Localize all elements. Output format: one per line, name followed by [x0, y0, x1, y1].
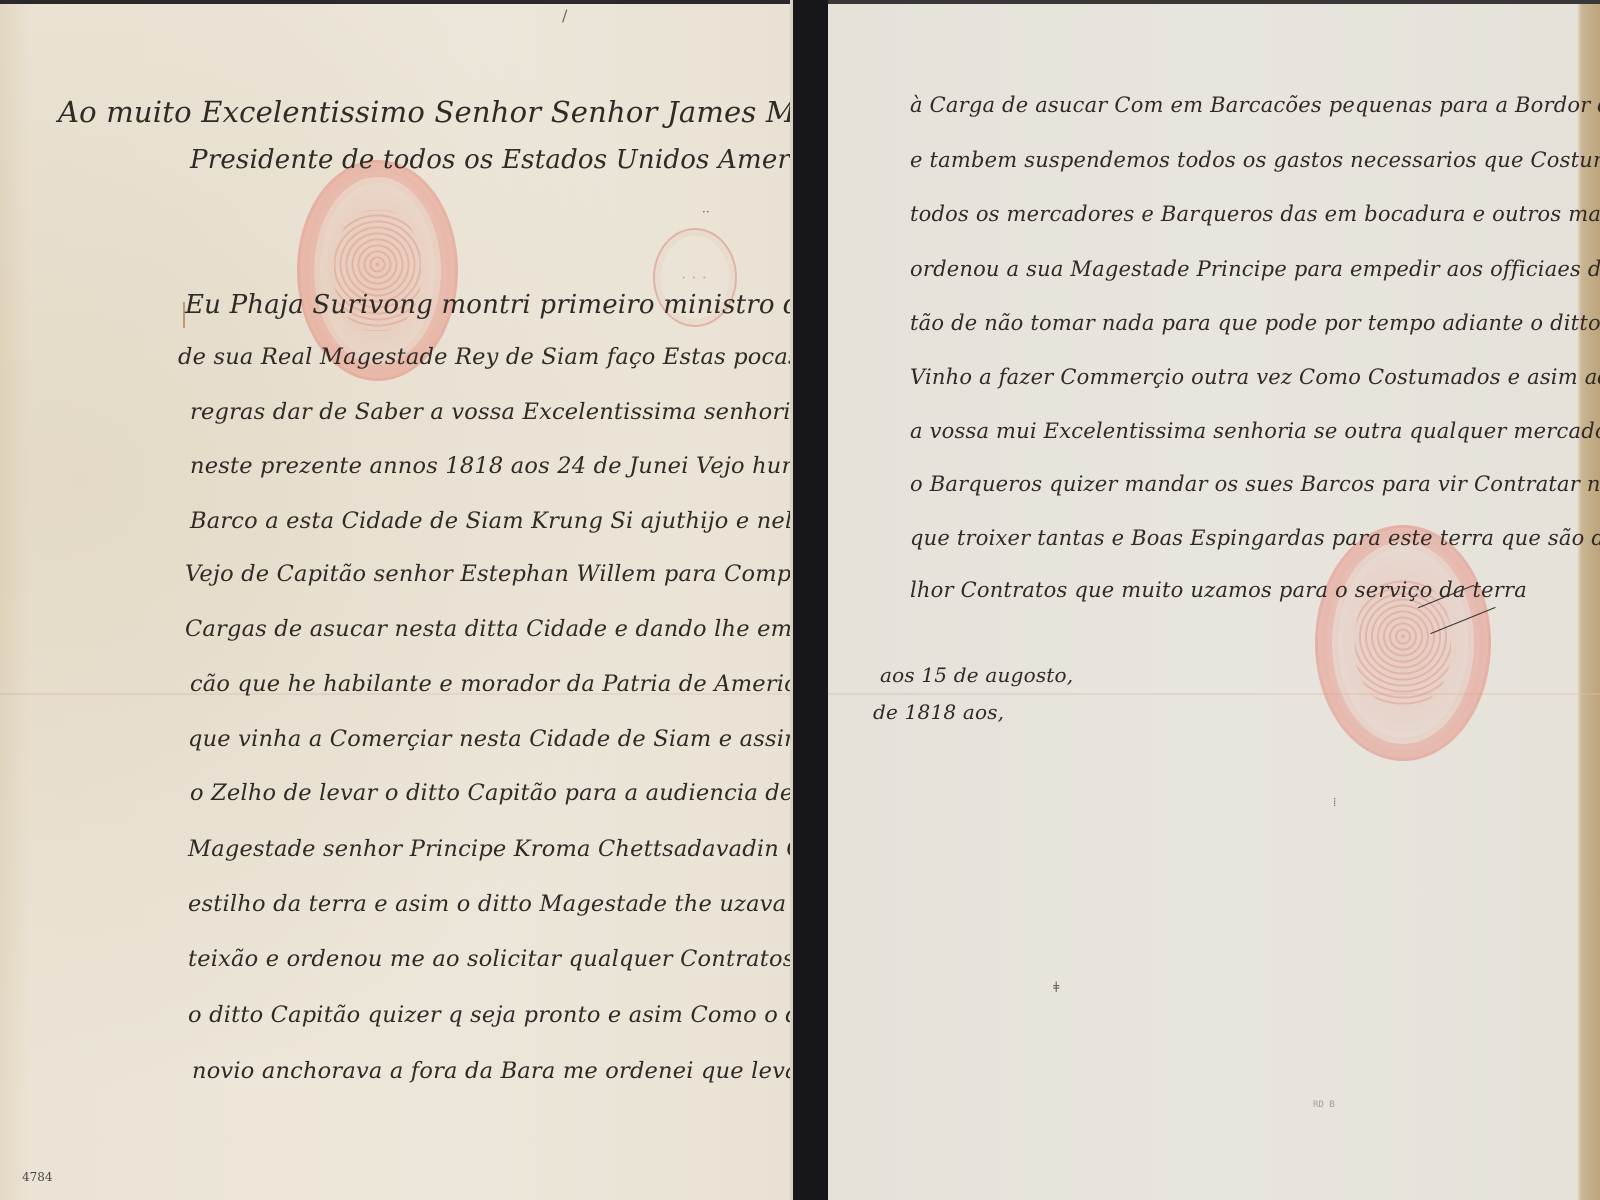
letter-line: Eu Phaja Surivong montri primeiro minist…	[185, 290, 793, 320]
page-top-edge	[828, 0, 1600, 4]
address-line-2: Presidente de todos os Estados Unidos Am…	[190, 145, 793, 175]
left-page: • • • / ·· Ao muito Excelentissimo Senho…	[0, 0, 793, 1200]
letter-line: Vejo de Capitão senhor Estephan Willem p…	[185, 561, 793, 587]
letter-line: o ditto Capitão quizer q seja pronto e a…	[188, 1002, 793, 1028]
letter-line: Barco a esta Cidade de Siam Krung Si aju…	[190, 508, 793, 534]
address-line-1: Ao muito Excelentissimo Senhor Senhor Ja…	[58, 95, 793, 129]
letter-line: Cargas de asucar nesta ditta Cidade e da…	[185, 616, 793, 642]
folio-number: 4784	[22, 1170, 53, 1184]
letter-line: que troixer tantas e Boas Espingardas pa…	[910, 526, 1600, 550]
fold-crease	[828, 693, 1600, 695]
letter-line: a vossa mui Excelentissima senhoria se o…	[910, 419, 1600, 443]
letter-line: Magestade senhor Principe Kroma Chettsad…	[188, 836, 793, 862]
letter-line: estilho da terra e asim o ditto Magestad…	[188, 891, 793, 917]
letter-line: e tambem suspendemos todos os gastos nec…	[910, 148, 1600, 172]
letter-line: o Zelho de levar o ditto Capitão para a …	[190, 780, 793, 806]
letter-line: cão que he habilante e morador da Patria…	[190, 671, 793, 697]
ink-dots: ··	[702, 205, 710, 219]
letter-line: que vinha a Comerçiar nesta Cidade de Si…	[188, 726, 793, 752]
page-top-edge	[0, 0, 790, 4]
bottom-stamp: RD B	[1313, 1100, 1335, 1110]
letter-line: lhor Contratos que muito uzamos para o s…	[910, 578, 1527, 602]
letter-line: tão de não tomar nada para que pode por …	[910, 311, 1600, 335]
ink-mark: ǂ	[1053, 980, 1059, 996]
letter-line: ordenou a sua Magestade Principe para em…	[910, 257, 1600, 281]
ink-mark-top: /	[562, 6, 567, 25]
letter-line: novio anchorava a fora da Bara me ordene…	[192, 1058, 793, 1084]
royal-seal-right	[1315, 525, 1491, 761]
letter-line: regras dar de Saber a vossa Excelentissi…	[190, 399, 793, 425]
letter-line: Vinho a fazer Commerçio outra vez Como C…	[910, 365, 1600, 389]
right-page: à Carga de asucar Com em Barcacões peque…	[828, 0, 1600, 1200]
letter-line: teixão e ordenou me ao solicitar qualque…	[188, 946, 793, 972]
date-line-2: de 1818 aos,	[873, 700, 1004, 724]
date-line-1: aos 15 de augosto,	[880, 663, 1073, 687]
letter-line: à Carga de asucar Com em Barcacões peque…	[910, 93, 1600, 117]
ink-mark: ⁞	[1333, 795, 1336, 810]
letter-line: de sua Real Magestade Rey de Siam faço E…	[178, 344, 793, 370]
letter-line: o Barqueros quizer mandar os sues Barcos…	[910, 472, 1600, 496]
letter-line: neste prezente annos 1818 aos 24 de June…	[190, 453, 793, 479]
letter-line: todos os mercadores e Barqueros das em b…	[910, 202, 1600, 226]
